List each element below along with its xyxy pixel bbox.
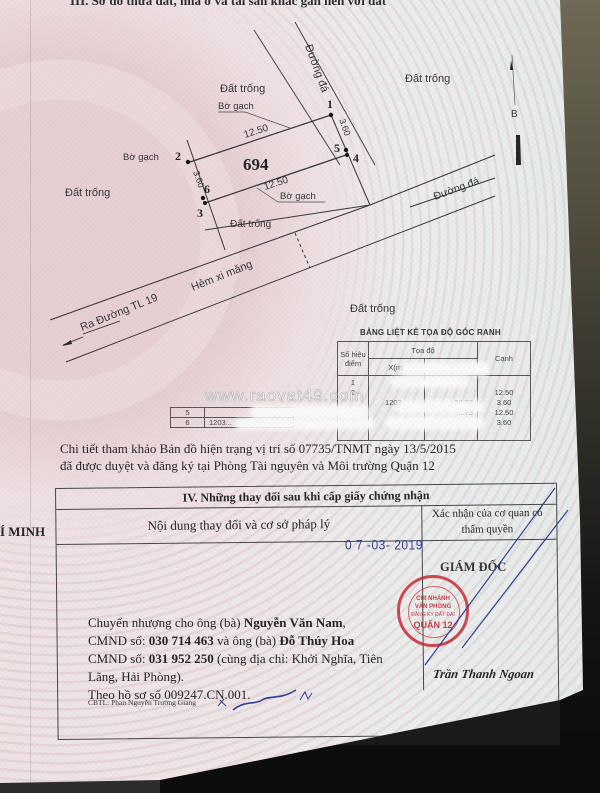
road-edge-right (295, 22, 375, 165)
coordinate-table-continued: 5 6 1203... (170, 407, 294, 428)
header-point-id: Số hiệu điểm (338, 342, 369, 376)
label-vacant-top: Đất trống (220, 83, 265, 95)
north-arrow-line (512, 55, 515, 105)
changes-section-title: IV. Những thay đổi sau khi cấp giấy chứn… (56, 484, 556, 510)
director-signature-stroke (462, 510, 568, 648)
road-diagonal-edge (370, 155, 495, 205)
column-header-content: Nội dung thay đổi và cơ sở pháp lý (56, 515, 421, 535)
parcel-right-line (331, 115, 370, 205)
redaction-mark (235, 418, 375, 430)
label-vacant-left: Đất trống (65, 187, 110, 199)
buyer-name-1: Nguyễn Văn Nam (244, 615, 343, 630)
point-5: 5 (171, 408, 205, 418)
watermark: www.raovat49.com (205, 386, 365, 406)
point-6-x: 1203... (205, 418, 294, 428)
road-edge-left (254, 30, 340, 165)
north-label: B (511, 109, 518, 120)
point-label-3: 3 (197, 206, 203, 220)
header-y: Y(m) (425, 359, 478, 376)
x-column: 1203... (369, 376, 425, 441)
label-brick-wall-left: Bờ gạch (123, 152, 159, 163)
lower-boundary (205, 205, 370, 230)
coordinate-table-title: BẢNG LIỆT KÊ TỌA ĐỘ GÓC RANH (360, 328, 501, 337)
side-text: Í MINH (0, 524, 45, 540)
label-vacant-below: Đất trống (230, 218, 271, 230)
road-label-diagonal: Đường đá (432, 175, 481, 203)
dimension-right: 3.60 (337, 117, 352, 137)
date-stamp: 0 7 -03- 2019 (345, 537, 423, 553)
clerk-name: CBTL: Phan Nguyễn Trường Giang (88, 698, 196, 707)
dimension-bottom: 12.50 (263, 175, 291, 193)
director-signature-stroke (425, 488, 555, 665)
redaction-mark (385, 416, 485, 430)
column-header-confirmation: Xác nhận của cơ quan có thẩm quyền (422, 505, 552, 538)
official-seal: CHI NHÁNH VĂN PHÒNG ĐĂNG KÝ ĐẤT ĐAI QUẬN… (397, 575, 469, 647)
parcel-top-edge (190, 115, 331, 162)
signer-name: Trần Thanh Ngoan (432, 667, 535, 682)
point-label-2: 2 (175, 149, 181, 163)
point-label-1: 1 (327, 97, 333, 111)
header-coordinates: Tọa độ (369, 342, 478, 359)
binding-slot-icon (516, 135, 521, 165)
changes-section: IV. Những thay đổi sau khi cấp giấy chứn… (55, 483, 560, 740)
alley-edge-top (50, 205, 370, 320)
transfer-details: Chuyển nhượng cho ông (bà) Nguyễn Văn Na… (88, 614, 383, 704)
ink-signatures (0, 0, 600, 793)
section-header-land-diagram: III. Sơ đồ thửa đất, nhà ở và tài sản kh… (70, 0, 386, 9)
buyer-name-2: Đỗ Thúy Hoa (279, 633, 354, 648)
file-reference: Theo hồ sơ số 009247.CN.001. (88, 686, 383, 704)
coordinate-table: Số hiệu điểm Tọa độ Cạnh X(m) Y(m) 1 2 1… (337, 341, 531, 441)
director-title: GIÁM ĐỐC (440, 560, 506, 575)
redaction-mark (400, 362, 490, 376)
alley-dashed-line (295, 233, 310, 268)
dimension-left: 3.60 (191, 169, 206, 189)
label-vacant-bottom: Đất trống (350, 303, 395, 315)
parcel-map: Đường đá 1 2 3 4 5 6 694 12.50 12.50 3.6… (0, 0, 600, 430)
header-edge: Cạnh (478, 342, 531, 376)
point-label-5: 5 (334, 141, 340, 155)
label-vacant-top-right: Đất trống (405, 73, 450, 85)
parcel-left-line (187, 140, 225, 250)
edge-column: 12.50 3.60 12.50 3.60 (478, 376, 531, 441)
redaction-mark (250, 405, 370, 419)
point-6: 6 (171, 418, 205, 428)
label-brick-wall-top: Bờ gạch (218, 101, 254, 112)
north-arrow-icon (510, 60, 513, 70)
label-cement-alley: Hẻm xi măng (190, 258, 255, 293)
label-brick-wall-bottom: Bờ gạch (280, 191, 316, 202)
dimension-top: 12.50 (243, 123, 271, 141)
alley-edge-bottom (66, 196, 495, 362)
parcel-number: 694 (243, 155, 269, 174)
certificate-page: III. Sơ đồ thửa đất, nhà ở và tài sản kh… (0, 0, 600, 793)
redaction-mark (390, 376, 470, 388)
header-x: X(m) (369, 359, 425, 376)
point-label-4: 4 (353, 151, 359, 165)
clerk-signature-icon (233, 690, 296, 710)
road-label-vertical: Đường đá (302, 43, 331, 95)
parcel-bottom-edge (205, 155, 346, 203)
y-column: ...32.97 ...73 (425, 376, 478, 441)
label-exit-road: Ra Đường TL 19 (79, 292, 160, 334)
reference-note: Chi tiết tham khảo Bản đồ hiện trạng vị … (60, 440, 456, 474)
redaction-mark (395, 400, 485, 414)
page-fold-line (30, 0, 31, 783)
point-label-6: 6 (204, 182, 210, 196)
id-number-2: 031 952 250 (149, 651, 214, 666)
id-number-1: 030 714 463 (149, 633, 214, 648)
point-column: 1 2 1 (338, 376, 369, 441)
arrow-left-icon (63, 337, 83, 345)
